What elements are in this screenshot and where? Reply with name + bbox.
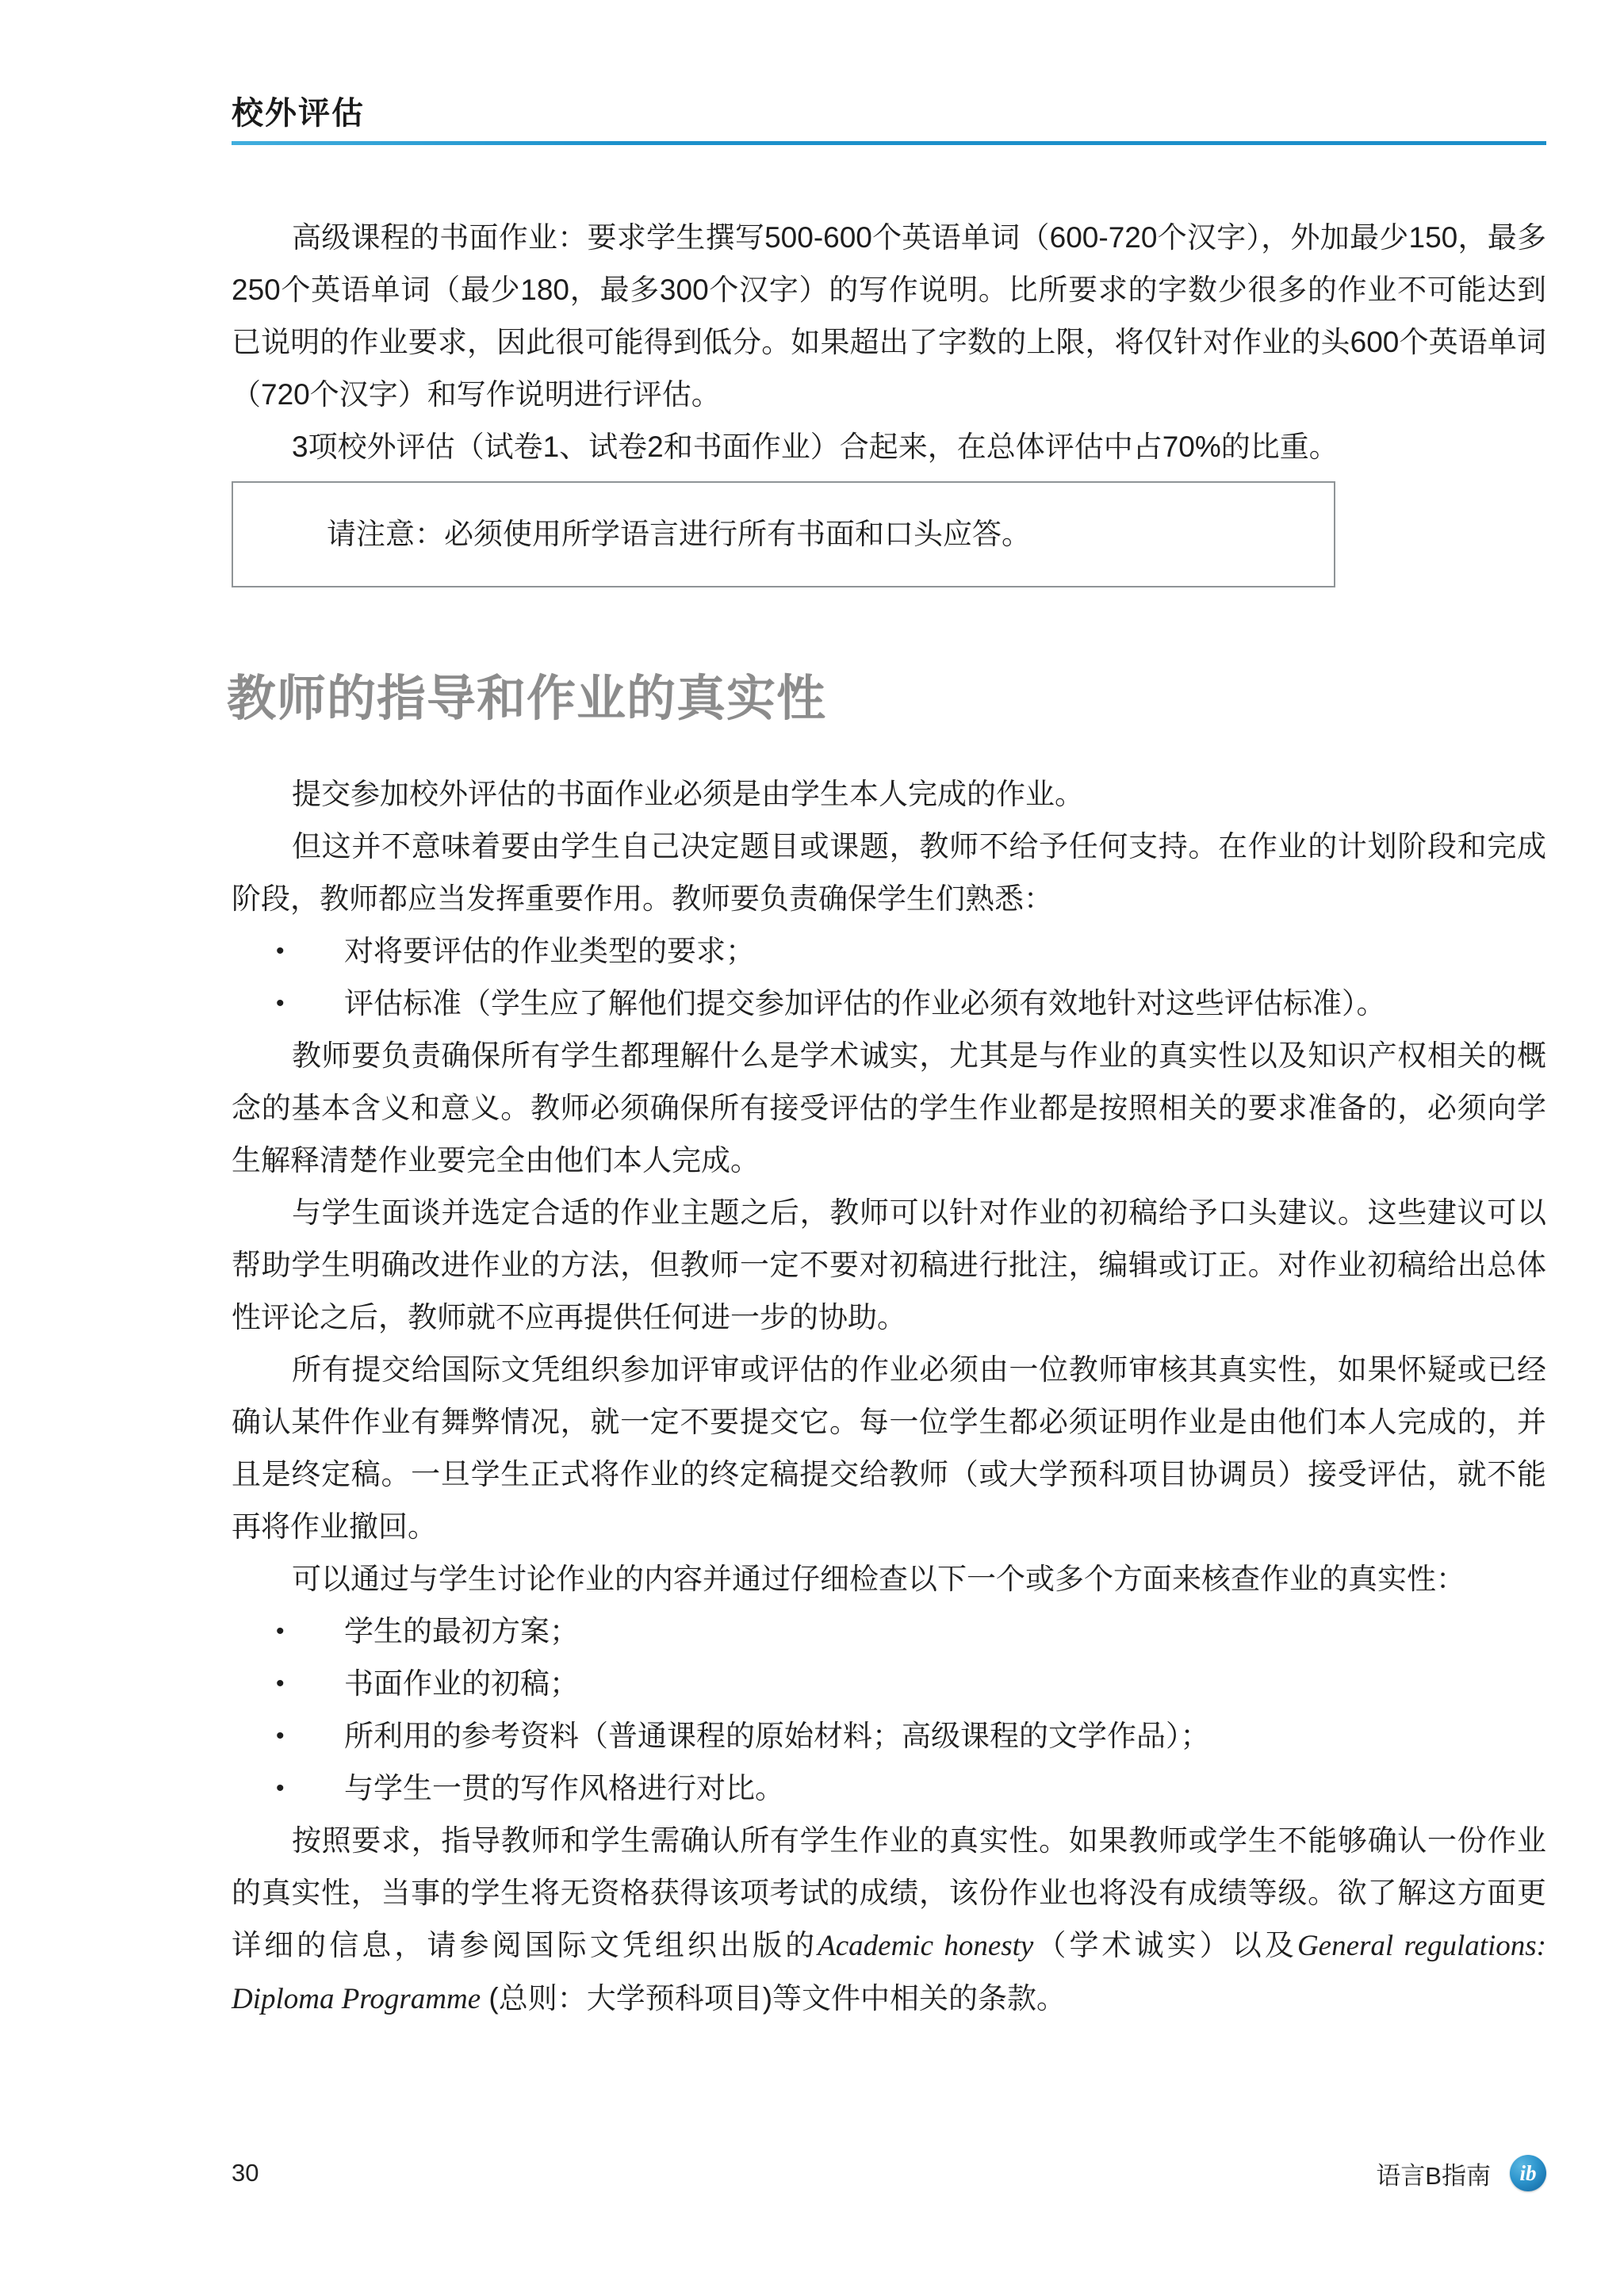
list-item-text: 书面作业的初稿； bbox=[344, 1667, 579, 1700]
list-item-text: 对将要评估的作业类型的要求； bbox=[344, 935, 755, 967]
doc-title: 语言B指南 bbox=[1376, 2156, 1491, 2191]
list-item-text: 所利用的参考资料（普通课程的原始材料；高级课程的文学作品）； bbox=[344, 1720, 1210, 1752]
bullet-list-authenticity-checks: • 学生的最初方案； • 书面作业的初稿； • 所利用的参考资料（普通课程的原始… bbox=[232, 1605, 1546, 1815]
section-paragraph-2: 但这并不意味着要由学生自己决定题目或课题，教师不给予任何支持。在作业的计划阶段和… bbox=[232, 821, 1546, 925]
footer-right: 语言B指南 ib bbox=[1376, 2155, 1546, 2191]
bullet-icon: • bbox=[276, 1762, 285, 1815]
bullet-icon: • bbox=[276, 1710, 285, 1762]
note-text: 请注意：必须使用所学语言进行所有书面和口头应答。 bbox=[327, 508, 1302, 561]
list-item-text: 评估标准（学生应了解他们提交参加评估的作业必须有效地针对这些评估标准）。 bbox=[344, 987, 1386, 1020]
page-title: 校外评估 bbox=[232, 95, 1546, 132]
closing-text-3: (总则：大学预科项目)等文件中相关的条款。 bbox=[481, 1982, 1066, 2015]
closing-paragraph: 按照要求，指导教师和学生需确认所有学生作业的真实性。如果教师或学生不能够确认一份… bbox=[232, 1815, 1546, 2026]
list-item: • 对将要评估的作业类型的要求； bbox=[232, 925, 1546, 978]
section-paragraph-6: 可以通过与学生讨论作业的内容并通过仔细检查以下一个或多个方面来核查作业的真实性： bbox=[232, 1553, 1546, 1605]
section-heading: 教师的指导和作业的真实性 bbox=[227, 667, 1546, 732]
section-paragraph-5: 所有提交给国际文凭组织参加评审或评估的作业必须由一位教师审核其真实性，如果怀疑或… bbox=[232, 1344, 1546, 1553]
ib-logo: ib bbox=[1510, 2155, 1546, 2191]
list-item: • 评估标准（学生应了解他们提交参加评估的作业必须有效地针对这些评估标准）。 bbox=[232, 978, 1546, 1030]
note-box: 请注意：必须使用所学语言进行所有书面和口头应答。 bbox=[232, 481, 1335, 587]
list-item: • 所利用的参考资料（普通课程的原始材料；高级课程的文学作品）； bbox=[232, 1710, 1546, 1762]
page-header: 校外评估 bbox=[0, 0, 1624, 145]
intro-paragraph-2: 3项校外评估（试卷1、试卷2和书面作业）合起来，在总体评估中占70%的比重。 bbox=[232, 421, 1546, 473]
page-content: 高级课程的书面作业：要求学生撰写500-600个英语单词（600-720个汉字）… bbox=[0, 212, 1624, 2026]
italic-doc-title-academic-honesty: Academic honesty bbox=[818, 1930, 1033, 1962]
bullet-icon: • bbox=[276, 1605, 285, 1658]
ib-logo-text: ib bbox=[1519, 2163, 1536, 2184]
list-item: • 学生的最初方案； bbox=[232, 1605, 1546, 1658]
page-number: 30 bbox=[232, 2159, 259, 2187]
list-item-text: 与学生一贯的写作风格进行对比。 bbox=[344, 1772, 784, 1804]
bullet-icon: • bbox=[276, 925, 285, 978]
section-paragraph-1: 提交参加校外评估的书面作业必须是由学生本人完成的作业。 bbox=[232, 768, 1546, 821]
section-paragraph-3: 教师要负责确保所有学生都理解什么是学术诚实，尤其是与作业的真实性以及知识产权相关… bbox=[232, 1030, 1546, 1187]
intro-paragraph-1: 高级课程的书面作业：要求学生撰写500-600个英语单词（600-720个汉字）… bbox=[232, 212, 1546, 421]
bullet-icon: • bbox=[276, 978, 285, 1030]
list-item: • 与学生一贯的写作风格进行对比。 bbox=[232, 1762, 1546, 1815]
bullet-list-requirements: • 对将要评估的作业类型的要求； • 评估标准（学生应了解他们提交参加评估的作业… bbox=[232, 925, 1546, 1030]
header-rule bbox=[232, 141, 1546, 145]
bullet-icon: • bbox=[276, 1658, 285, 1710]
document-page: 校外评估 高级课程的书面作业：要求学生撰写500-600个英语单词（600-72… bbox=[0, 0, 1624, 2296]
list-item: • 书面作业的初稿； bbox=[232, 1658, 1546, 1710]
section-paragraph-4: 与学生面谈并选定合适的作业主题之后，教师可以针对作业的初稿给予口头建议。这些建议… bbox=[232, 1187, 1546, 1344]
closing-text-2: （学术诚实）以及 bbox=[1033, 1929, 1297, 1961]
page-footer: 30 语言B指南 ib bbox=[232, 2155, 1546, 2191]
list-item-text: 学生的最初方案； bbox=[344, 1615, 579, 1647]
